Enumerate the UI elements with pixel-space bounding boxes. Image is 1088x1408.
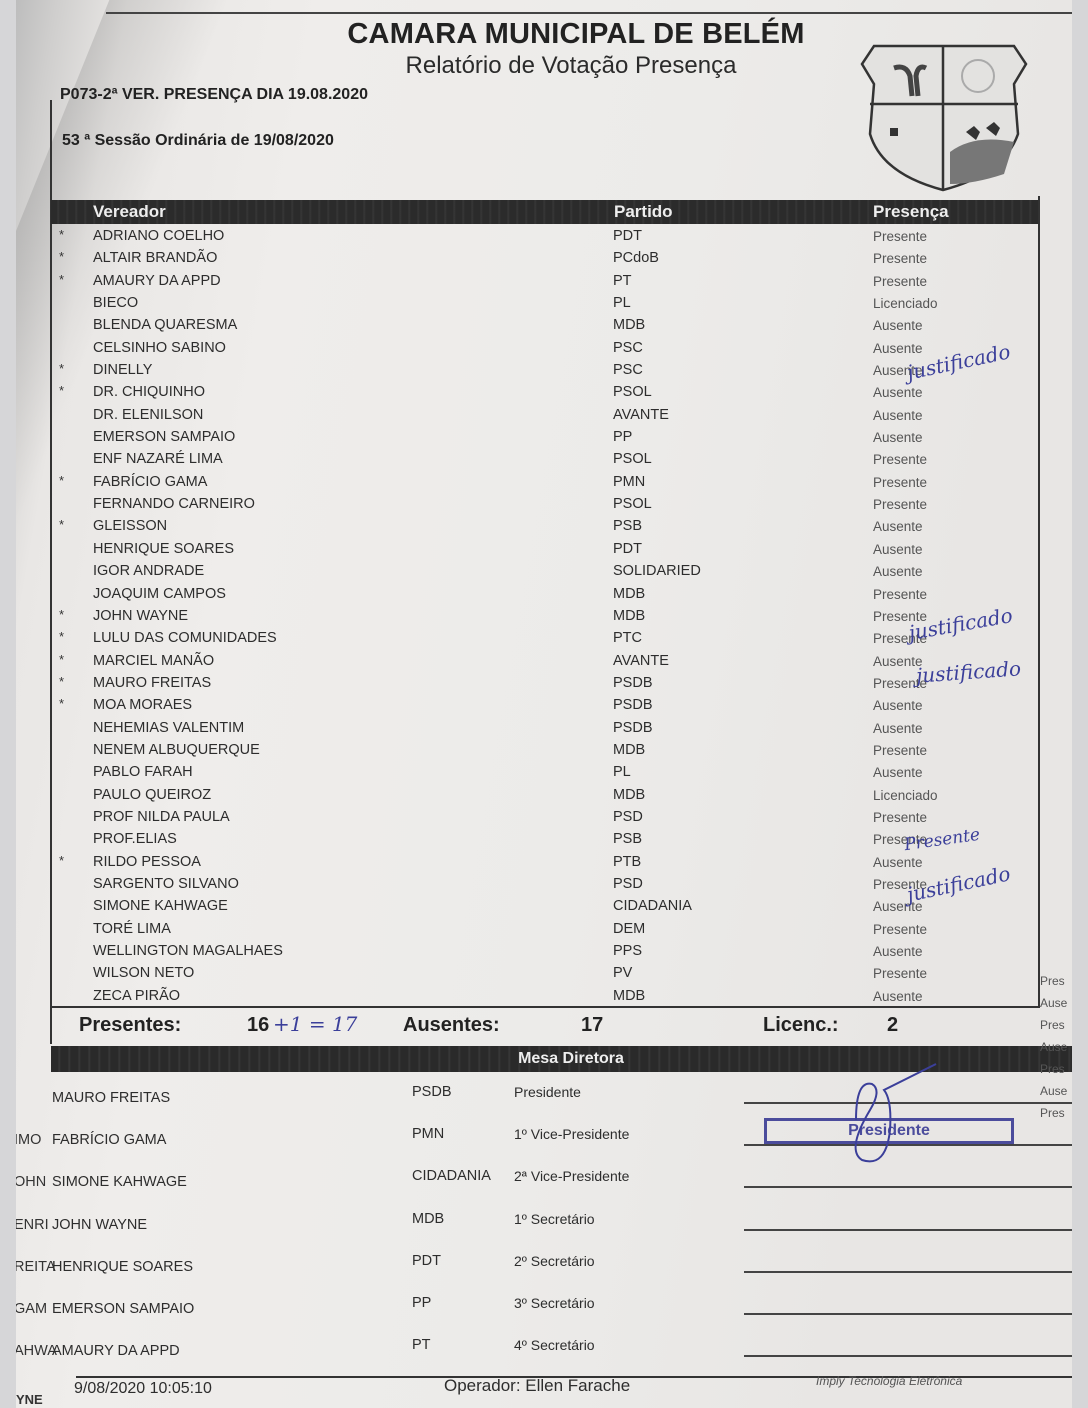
member-name: MAURO FREITAS bbox=[52, 1090, 170, 1106]
table-row: *JOHN WAYNEMDBPresente bbox=[51, 605, 1039, 627]
attendance-status: Presente bbox=[873, 922, 927, 937]
table-row: *MAURO FREITASPSDBPresente bbox=[51, 672, 1039, 694]
bleed-through-text: IMO bbox=[16, 1132, 41, 1148]
attendance-status: Presente bbox=[873, 832, 927, 847]
party: PTB bbox=[613, 854, 641, 870]
attendance-status: Presente bbox=[873, 274, 927, 289]
councilor-name: AMAURY DA APPD bbox=[93, 273, 221, 289]
table-row: *MOA MORAESPSDBAusente bbox=[51, 694, 1039, 716]
party: MDB bbox=[613, 787, 645, 803]
col-partido: Partido bbox=[614, 202, 673, 222]
president-stamp: Presidente bbox=[764, 1118, 1014, 1144]
party: PDT bbox=[613, 228, 642, 244]
attendance-status: Presente bbox=[873, 609, 927, 624]
row-mark: * bbox=[59, 227, 64, 242]
attendance-status: Presente bbox=[873, 251, 927, 266]
table-row: *LULU DAS COMUNIDADESPTCPresente bbox=[51, 627, 1039, 649]
table-row: *MARCIEL MANÃOAVANTEAusente bbox=[51, 650, 1039, 672]
councilor-name: PROF NILDA PAULA bbox=[93, 809, 230, 825]
table-row: *ALTAIR BRANDÃOPCdoBPresente bbox=[51, 247, 1039, 269]
attendance-status: Presente bbox=[873, 877, 927, 892]
table-row: *ADRIANO COELHOPDTPresente bbox=[51, 225, 1039, 247]
table-row: WILSON NETOPVPresente bbox=[51, 962, 1039, 984]
row-mark: * bbox=[59, 696, 64, 711]
table-row: PROF.ELIASPSBPresente bbox=[51, 828, 1039, 850]
party: AVANTE bbox=[613, 653, 669, 669]
party: PP bbox=[613, 429, 632, 445]
councilor-name: FABRÍCIO GAMA bbox=[93, 474, 207, 490]
table-row: ENF NAZARÉ LIMAPSOLPresente bbox=[51, 448, 1039, 470]
table-row: EMERSON SAMPAIOPPAusente bbox=[51, 426, 1039, 448]
attendance-status: Presente bbox=[873, 452, 927, 467]
mesa-diretora-header: Mesa Diretora bbox=[51, 1046, 1072, 1072]
member-role: 4º Secretário bbox=[514, 1337, 595, 1353]
peek-text: Pres bbox=[1040, 1062, 1065, 1076]
row-mark: * bbox=[59, 249, 64, 264]
row-mark: * bbox=[59, 473, 64, 488]
peek-text: Ause bbox=[1040, 996, 1067, 1010]
footer-datetime: 9/08/2020 10:05:10 bbox=[74, 1380, 212, 1398]
attendance-status: Ausente bbox=[873, 989, 923, 1004]
footer-vendor: Imply Tecnologia Eletrônica bbox=[816, 1374, 962, 1388]
attendance-status: Ausente bbox=[873, 721, 923, 736]
mesa-member-row: OHNSIMONE KAHWAGECIDADANIA2ª Vice-Presid… bbox=[16, 1164, 1072, 1206]
table-row: IGOR ANDRADESOLIDARIEDAusente bbox=[51, 560, 1039, 582]
row-mark: * bbox=[59, 853, 64, 868]
row-mark: * bbox=[59, 674, 64, 689]
totals-bar: Presentes: 16 +1 = 17 Ausentes: 17 Licen… bbox=[51, 1008, 1039, 1044]
member-name: EMERSON SAMPAIO bbox=[52, 1301, 194, 1317]
party: CIDADANIA bbox=[613, 898, 692, 914]
table-row: PABLO FARAHPLAusente bbox=[51, 761, 1039, 783]
leave-count: 2 bbox=[887, 1014, 898, 1037]
member-role: 2º Secretário bbox=[514, 1253, 595, 1269]
councilor-name: MAURO FREITAS bbox=[93, 675, 211, 691]
attendance-status: Ausente bbox=[873, 318, 923, 333]
party: PSD bbox=[613, 876, 643, 892]
party: AVANTE bbox=[613, 407, 669, 423]
member-name: FABRÍCIO GAMA bbox=[52, 1132, 166, 1148]
member-party: PT bbox=[412, 1337, 431, 1353]
councilor-name: RILDO PESSOA bbox=[93, 854, 201, 870]
attendance-status: Ausente bbox=[873, 698, 923, 713]
party: PDT bbox=[613, 541, 642, 557]
party: PPS bbox=[613, 943, 642, 959]
mesa-member-row: AHWAAMAURY DA APPDPT4º Secretário bbox=[16, 1333, 1072, 1375]
absent-count: 17 bbox=[581, 1014, 603, 1037]
row-mark: * bbox=[59, 517, 64, 532]
party: MDB bbox=[613, 586, 645, 602]
party: PL bbox=[613, 295, 631, 311]
table-row: DR. ELENILSONAVANTEAusente bbox=[51, 404, 1039, 426]
party: PSD bbox=[613, 809, 643, 825]
attendance-status: Licenciado bbox=[873, 788, 938, 803]
councilor-name: BLENDA QUARESMA bbox=[93, 317, 237, 333]
party: PSDB bbox=[613, 675, 653, 691]
member-party: PMN bbox=[412, 1126, 444, 1142]
party: PV bbox=[613, 965, 632, 981]
councilor-name: GLEISSON bbox=[93, 518, 167, 534]
peek-text: Pres bbox=[1040, 1018, 1065, 1032]
attendance-status: Presente bbox=[873, 676, 927, 691]
top-rule bbox=[106, 12, 1072, 14]
councilor-name: MARCIEL MANÃO bbox=[93, 653, 214, 669]
party: PSDB bbox=[613, 720, 653, 736]
peek-text: Ause bbox=[1040, 1040, 1067, 1054]
row-mark: * bbox=[59, 629, 64, 644]
signature-line bbox=[744, 1271, 1072, 1273]
councilor-name: WELLINGTON MAGALHAES bbox=[93, 943, 283, 959]
table-row: JOAQUIM CAMPOSMDBPresente bbox=[51, 583, 1039, 605]
councilor-name: ZECA PIRÃO bbox=[93, 988, 180, 1004]
coat-of-arms-icon bbox=[854, 24, 1032, 192]
table-row: *FABRÍCIO GAMAPMNPresente bbox=[51, 471, 1039, 493]
attendance-status: Ausente bbox=[873, 363, 923, 378]
councilor-name: EMERSON SAMPAIO bbox=[93, 429, 235, 445]
party: PSC bbox=[613, 362, 643, 378]
councilor-name: BIECO bbox=[93, 295, 138, 311]
attendance-status: Presente bbox=[873, 743, 927, 758]
session-title: 53 ª Sessão Ordinária de 19/08/2020 bbox=[62, 132, 334, 150]
report-page: CAMARA MUNICIPAL DE BELÉM Relatório de V… bbox=[16, 0, 1072, 1408]
attendance-status: Presente bbox=[873, 229, 927, 244]
member-name: HENRIQUE SOARES bbox=[52, 1259, 193, 1275]
table-row: *RILDO PESSOAPTBAusente bbox=[51, 851, 1039, 873]
councilor-name: JOAQUIM CAMPOS bbox=[93, 586, 226, 602]
table-row: SARGENTO SILVANOPSDPresente bbox=[51, 873, 1039, 895]
peek-text: Ause bbox=[1040, 1084, 1067, 1098]
councilor-name: WILSON NETO bbox=[93, 965, 194, 981]
party: PTC bbox=[613, 630, 642, 646]
attendance-status: Ausente bbox=[873, 542, 923, 557]
bleed-through-text: GAM bbox=[16, 1301, 47, 1317]
table-row: *GLEISSONPSBAusente bbox=[51, 515, 1039, 537]
report-reference: P073-2ª VER. PRESENÇA DIA 19.08.2020 bbox=[60, 86, 368, 104]
signature-line bbox=[744, 1355, 1072, 1357]
table-row: BIECOPLLicenciado bbox=[51, 292, 1039, 314]
row-mark: * bbox=[59, 272, 64, 287]
member-role: Presidente bbox=[514, 1084, 581, 1100]
mesa-member-row: ENRIJOHN WAYNEMDB1º Secretário bbox=[16, 1207, 1072, 1249]
party: PSOL bbox=[613, 451, 652, 467]
signature-line bbox=[744, 1313, 1072, 1315]
footer-operator: Operador: Ellen Farache bbox=[444, 1376, 630, 1396]
mesa-member-row: MAURO FREITASPSDBPresidente bbox=[16, 1080, 1072, 1122]
attendance-status: Ausente bbox=[873, 855, 923, 870]
party: PL bbox=[613, 764, 631, 780]
councilor-name: CELSINHO SABINO bbox=[93, 340, 226, 356]
table-row: PROF NILDA PAULAPSDPresente bbox=[51, 806, 1039, 828]
attendance-table: *ADRIANO COELHOPDTPresente*ALTAIR BRANDÃ… bbox=[51, 225, 1039, 1007]
party: PSC bbox=[613, 340, 643, 356]
councilor-name: TORÉ LIMA bbox=[93, 921, 171, 937]
councilor-name: HENRIQUE SOARES bbox=[93, 541, 234, 557]
table-row: *DR. CHIQUINHOPSOLAusente bbox=[51, 381, 1039, 403]
party: MDB bbox=[613, 742, 645, 758]
councilor-name: NEHEMIAS VALENTIM bbox=[93, 720, 244, 736]
attendance-status: Ausente bbox=[873, 385, 923, 400]
row-mark: * bbox=[59, 383, 64, 398]
attendance-status: Ausente bbox=[873, 899, 923, 914]
peek-text: Pres bbox=[1040, 974, 1065, 988]
councilor-name: PAULO QUEIROZ bbox=[93, 787, 211, 803]
party: DEM bbox=[613, 921, 645, 937]
attendance-status: Ausente bbox=[873, 341, 923, 356]
table-row: FERNANDO CARNEIROPSOLPresente bbox=[51, 493, 1039, 515]
table-row: WELLINGTON MAGALHAESPPSAusente bbox=[51, 940, 1039, 962]
table-row: BLENDA QUARESMAMDBAusente bbox=[51, 314, 1039, 336]
bleed-through-text: ENRI bbox=[16, 1217, 49, 1233]
bleed-through-text: OHN bbox=[16, 1174, 46, 1190]
table-row: PAULO QUEIROZMDBLicenciado bbox=[51, 784, 1039, 806]
councilor-name: ADRIANO COELHO bbox=[93, 228, 224, 244]
signature-line bbox=[744, 1186, 1072, 1188]
attendance-status: Ausente bbox=[873, 564, 923, 579]
member-party: CIDADANIA bbox=[412, 1168, 491, 1184]
member-role: 3º Secretário bbox=[514, 1295, 595, 1311]
attendance-status: Presente bbox=[873, 810, 927, 825]
leave-label: Licenc.: bbox=[763, 1014, 839, 1037]
table-row: NEHEMIAS VALENTIMPSDBAusente bbox=[51, 717, 1039, 739]
table-row: NENEM ALBUQUERQUEMDBPresente bbox=[51, 739, 1039, 761]
councilor-name: IGOR ANDRADE bbox=[93, 563, 204, 579]
present-label: Presentes: bbox=[79, 1014, 181, 1037]
councilor-name: DINELLY bbox=[93, 362, 152, 378]
member-role: 1º Vice-Presidente bbox=[514, 1126, 629, 1142]
councilor-name: SARGENTO SILVANO bbox=[93, 876, 239, 892]
councilor-name: PROF.ELIAS bbox=[93, 831, 177, 847]
attendance-status: Presente bbox=[873, 497, 927, 512]
attendance-status: Ausente bbox=[873, 765, 923, 780]
footer-ghost-text: YNE bbox=[16, 1392, 43, 1407]
councilor-name: DR. ELENILSON bbox=[93, 407, 203, 423]
member-name: AMAURY DA APPD bbox=[52, 1343, 180, 1359]
row-mark: * bbox=[59, 607, 64, 622]
councilor-name: SIMONE KAHWAGE bbox=[93, 898, 228, 914]
party: PSOL bbox=[613, 384, 652, 400]
member-name: JOHN WAYNE bbox=[52, 1217, 147, 1233]
bleed-through-text: AHWA bbox=[16, 1343, 57, 1359]
col-presenca: Presença bbox=[873, 202, 949, 222]
row-mark: * bbox=[59, 361, 64, 376]
councilor-name: NENEM ALBUQUERQUE bbox=[93, 742, 260, 758]
attendance-status: Ausente bbox=[873, 519, 923, 534]
attendance-status: Ausente bbox=[873, 654, 923, 669]
member-party: PDT bbox=[412, 1253, 441, 1269]
member-role: 1º Secretário bbox=[514, 1211, 595, 1227]
member-role: 2ª Vice-Presidente bbox=[514, 1168, 629, 1184]
councilor-name: PABLO FARAH bbox=[93, 764, 193, 780]
attendance-status: Presente bbox=[873, 587, 927, 602]
member-party: PSDB bbox=[412, 1084, 452, 1100]
party: MDB bbox=[613, 988, 645, 1004]
table-row: *DINELLYPSCAusente bbox=[51, 359, 1039, 381]
party: MDB bbox=[613, 608, 645, 624]
absent-label: Ausentes: bbox=[403, 1014, 500, 1037]
attendance-status: Presente bbox=[873, 966, 927, 981]
attendance-status: Licenciado bbox=[873, 296, 938, 311]
signature-line bbox=[744, 1144, 1072, 1146]
table-row: ZECA PIRÃOMDBAusente bbox=[51, 985, 1039, 1007]
councilor-name: DR. CHIQUINHO bbox=[93, 384, 205, 400]
mesa-member-row: GAMEMERSON SAMPAIOPP3º Secretário bbox=[16, 1291, 1072, 1333]
present-count: 16 bbox=[247, 1014, 269, 1037]
table-row: CELSINHO SABINOPSCAusente bbox=[51, 337, 1039, 359]
party: MDB bbox=[613, 317, 645, 333]
attendance-status: Presente bbox=[873, 631, 927, 646]
mesa-member-row: REITAHENRIQUE SOARESPDT2º Secretário bbox=[16, 1249, 1072, 1291]
party: PMN bbox=[613, 474, 645, 490]
signature-line bbox=[744, 1229, 1072, 1231]
party: PSB bbox=[613, 518, 642, 534]
party: PSB bbox=[613, 831, 642, 847]
party: SOLIDARIED bbox=[613, 563, 701, 579]
party: PT bbox=[613, 273, 632, 289]
table-header: Vereador Partido Presença bbox=[51, 200, 1039, 224]
attendance-status: Ausente bbox=[873, 408, 923, 423]
councilor-name: FERNANDO CARNEIRO bbox=[93, 496, 255, 512]
present-handwritten: +1 = 17 bbox=[273, 1012, 357, 1036]
party: PSDB bbox=[613, 697, 653, 713]
member-name: SIMONE KAHWAGE bbox=[52, 1174, 187, 1190]
bleed-through-text: REITA bbox=[16, 1259, 56, 1275]
attendance-status: Ausente bbox=[873, 944, 923, 959]
attendance-status: Presente bbox=[873, 475, 927, 490]
councilor-name: LULU DAS COMUNIDADES bbox=[93, 630, 277, 646]
table-row: TORÉ LIMADEMPresente bbox=[51, 918, 1039, 940]
councilor-name: MOA MORAES bbox=[93, 697, 192, 713]
signature-line bbox=[744, 1102, 1072, 1104]
peek-text: Pres bbox=[1040, 1106, 1065, 1120]
row-mark: * bbox=[59, 652, 64, 667]
col-vereador: Vereador bbox=[93, 202, 166, 222]
member-party: PP bbox=[412, 1295, 431, 1311]
councilor-name: JOHN WAYNE bbox=[93, 608, 188, 624]
table-row: *AMAURY DA APPDPTPresente bbox=[51, 270, 1039, 292]
table-row: HENRIQUE SOARESPDTAusente bbox=[51, 538, 1039, 560]
member-party: MDB bbox=[412, 1211, 444, 1227]
councilor-name: ENF NAZARÉ LIMA bbox=[93, 451, 223, 467]
councilor-name: ALTAIR BRANDÃO bbox=[93, 250, 217, 266]
party: PSOL bbox=[613, 496, 652, 512]
table-row: SIMONE KAHWAGECIDADANIAAusente bbox=[51, 895, 1039, 917]
attendance-status: Ausente bbox=[873, 430, 923, 445]
party: PCdoB bbox=[613, 250, 659, 266]
